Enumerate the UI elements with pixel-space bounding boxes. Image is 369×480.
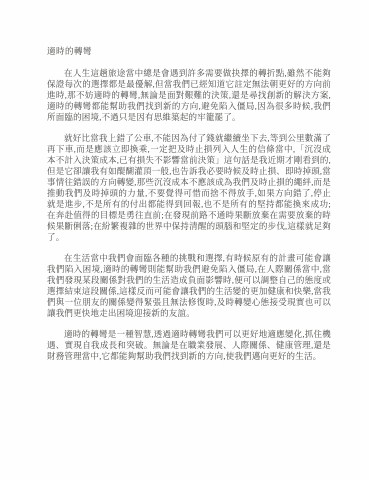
paragraph: 就好比當我上錯了公車,不能因為付了錢就繼續坐下去,等到公里數滿了再下車,而是應該… (47, 133, 331, 243)
paragraph: 在人生這趟旅途當中總是會遇到許多需要做抉擇的轉折點,雖然不能夠保證每次的選擇都是… (47, 68, 331, 123)
paragraph: 在生活當中我們會面臨各種的挑戰和選擇,有時候原有的計畫可能會讓我們陷入困境,適時… (47, 253, 331, 319)
document-body: 在人生這趟旅途當中總是會遇到許多需要做抉擇的轉折點,雖然不能夠保證每次的選擇都是… (47, 68, 331, 362)
paragraph: 適時的轉彎是一種智慧,透過適時轉彎我們可以更好地適應變化,抓住機遇、實現自我成長… (47, 329, 331, 362)
document-title: 適時的轉彎 (47, 46, 331, 57)
document-page: 適時的轉彎 在人生這趟旅途當中總是會遇到許多需要做抉擇的轉折點,雖然不能夠保證每… (0, 0, 369, 480)
